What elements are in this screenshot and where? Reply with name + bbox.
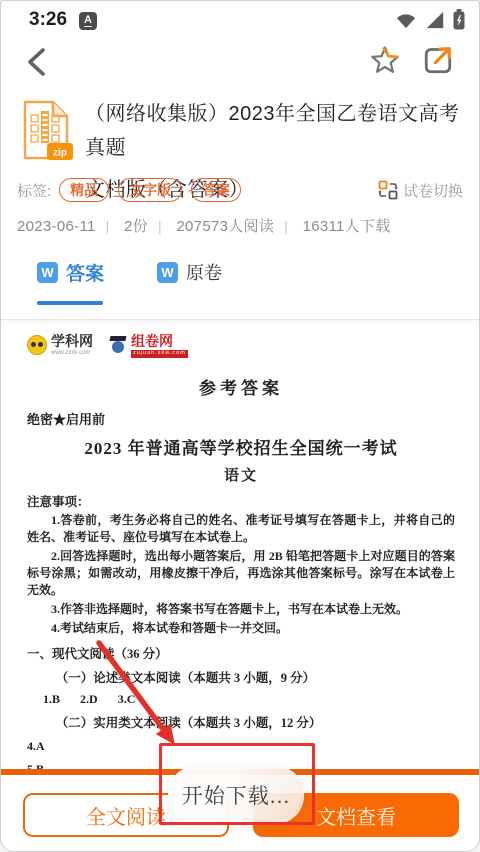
tag-premium[interactable]: 精品: [59, 178, 109, 202]
scholar-mascot-icon: [109, 336, 127, 356]
document-title-line1: （网络收集版）2023年全国乙卷语文高考真题: [85, 97, 465, 165]
subsection-2-heading: （二）实用类文本阅读（本题共 3 小题，12 分）: [27, 713, 455, 731]
zujuan-logo-name: 组卷网: [131, 334, 188, 348]
exam-subject: 语文: [27, 464, 455, 485]
tag-answers[interactable]: 答案: [191, 178, 241, 202]
notice-item-3: 3.作答非选择题时，将答案书写在答题卡上，书写在本试卷上无效。: [27, 601, 455, 618]
tab-answers-label: 答案: [66, 259, 104, 286]
notice-item-2: 2.回答选择题时，选出每小题答案后，用 2B 铅笔把答题卡上对应题目的答案标号涂…: [27, 548, 455, 599]
share-button[interactable]: [421, 43, 455, 77]
auto-brightness-icon: A: [79, 12, 97, 30]
answers-1-3-row: 1.B 2.D 3.C: [27, 692, 455, 707]
zujuan-logo-url: zujuan.xkw.com: [131, 350, 188, 358]
status-icons: [395, 9, 465, 30]
share-icon: [421, 43, 455, 77]
download-toast: 开始下载...: [168, 766, 304, 824]
app-screen: 3:26 A: [0, 0, 480, 852]
word-doc-icon: W: [157, 262, 178, 283]
tab-original-label: 原卷: [186, 259, 222, 285]
favorite-button[interactable]: [369, 45, 401, 77]
xkw-logo-name: 学科网: [51, 334, 93, 348]
cellular-signal-icon: [425, 10, 445, 30]
document-meta: 2023-06-11| 2份| 207573人阅读| 16311人下载: [17, 215, 391, 236]
answer-4: 4.A: [27, 739, 455, 754]
tab-answers[interactable]: W 答案: [37, 259, 104, 286]
notice-title: 注意事项：: [27, 492, 455, 510]
download-toast-text: 开始下载...: [182, 780, 291, 810]
document-preview[interactable]: 学科网 www.zxxk.com 组卷网 zujuan.xkw.com 参考答案…: [1, 319, 480, 769]
answer-1: 1.B: [43, 692, 60, 707]
back-button[interactable]: [23, 45, 53, 79]
section-1-heading: 一、现代文阅读（36 分）: [27, 644, 455, 662]
svg-text:zip: zip: [53, 148, 67, 159]
notice-item-1: 1.答卷前，考生务必将自己的姓名、准考证号填写在答题卡上，并将自己的姓名、准考证…: [27, 512, 455, 546]
swap-icon: [378, 180, 398, 200]
answer-3: 3.C: [118, 692, 136, 707]
meta-copies: 2份: [124, 218, 148, 235]
tags-row: 标签: 精品 文字版 答案 试卷切换: [17, 177, 463, 203]
xkw-logo-url: www.zxxk.com: [51, 350, 93, 356]
owl-mascot-icon: [27, 335, 47, 355]
active-tab-underline: [37, 301, 103, 305]
answer-2: 2.D: [80, 692, 98, 707]
paper-switch-button[interactable]: 试卷切换: [378, 180, 463, 201]
xkw-logo: 学科网 www.zxxk.com: [27, 334, 93, 356]
reference-answers-heading: 参考答案: [27, 374, 455, 399]
zip-file-icon: zip: [17, 99, 75, 163]
tag-text-version[interactable]: 文字版: [118, 178, 182, 202]
tags-label: 标签:: [17, 180, 51, 201]
battery-charging-icon: [453, 9, 465, 30]
tab-original-paper[interactable]: W 原卷: [157, 259, 222, 285]
notice-item-4: 4.考试结束后，将本试卷和答题卡一并交回。: [27, 620, 455, 637]
status-time: 3:26: [29, 9, 67, 31]
paper-switch-label: 试卷切换: [403, 180, 463, 201]
meta-downloads: 16311人下载: [303, 218, 391, 235]
watermark-logos: 学科网 www.zxxk.com 组卷网 zujuan.xkw.com: [27, 334, 455, 366]
wifi-icon: [395, 10, 417, 30]
star-icon: [369, 45, 401, 77]
back-chevron-icon: [23, 45, 53, 79]
word-doc-icon: W: [37, 262, 58, 283]
subsection-1-heading: （一）论述类文本阅读（本题共 3 小题，9 分）: [27, 668, 455, 686]
meta-date: 2023-06-11: [17, 218, 96, 235]
secret-label: 绝密★启用前: [27, 409, 455, 428]
exam-title: 2023 年普通高等学校招生全国统一考试: [27, 434, 455, 459]
meta-reads: 207573人阅读: [176, 218, 274, 235]
zujuan-logo: 组卷网 zujuan.xkw.com: [109, 334, 188, 358]
